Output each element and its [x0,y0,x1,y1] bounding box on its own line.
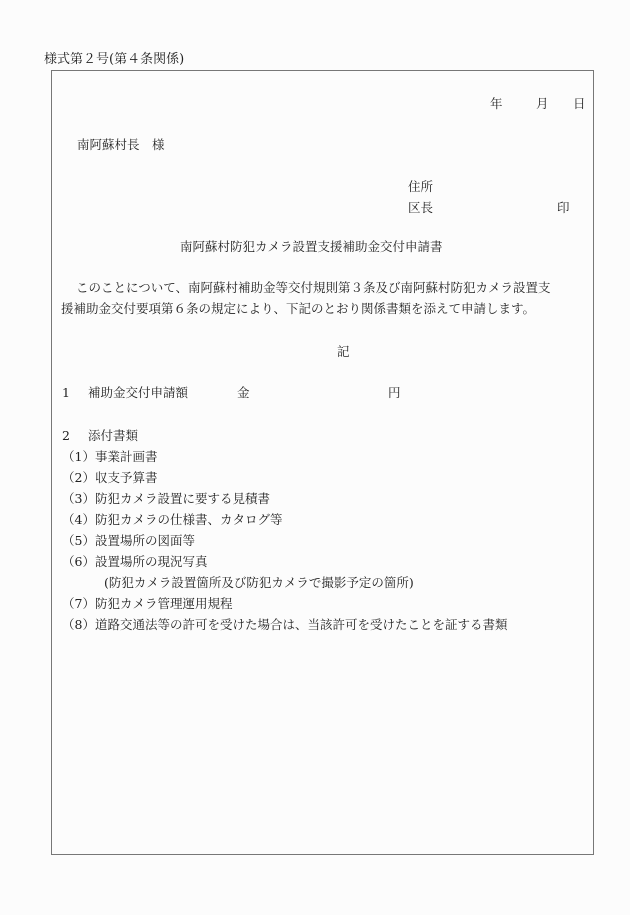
item-2-label: 添付書類 [88,430,138,443]
item-2-number: 2 [62,430,70,443]
amount-unit: 円 [388,387,401,400]
attachment-item: （5）設置場所の図面等 [62,535,195,548]
address-label: 住所 [408,181,433,194]
attachment-item: （2）収支予算書 [62,472,157,485]
body-text-line-2: 援補助金交付要項第６条の規定により、下記のとおり関係書類を添えて申請します。 [61,303,535,316]
attachment-item: （6）設置場所の現況写真 [62,556,207,569]
date-year-label: 年 [490,98,503,111]
attachment-6-note: (防犯カメラ設置箇所及び防犯カメラで撮影予定の箇所) [104,577,414,590]
body-text-line-1: このことについて、南阿蘇村補助金等交付規則第３条及び南阿蘇村防犯カメラ設置支 [76,282,551,295]
document-title: 南阿蘇村防犯カメラ設置支援補助金交付申請書 [180,241,443,254]
seal-mark: 印 [557,202,570,215]
amount-prefix: 金 [237,387,250,400]
date-day-label: 日 [573,98,586,111]
attachment-item: （8）道路交通法等の許可を受けた場合は、当該許可を受けたことを証する書類 [62,619,507,632]
item-1-number: 1 [62,387,70,400]
representative-label: 区長 [408,202,433,215]
attachment-item: （3）防犯カメラ設置に要する見積書 [62,493,270,506]
attachment-item: （7）防犯カメラ管理運用規程 [62,598,232,611]
attachment-item: （4）防犯カメラの仕様書、カタログ等 [62,514,282,527]
ki-heading: 記 [337,346,350,359]
addressee: 南阿蘇村長 様 [77,139,165,152]
item-1-label: 補助金交付申請額 [88,387,188,400]
date-month-label: 月 [536,98,549,111]
attachment-item: （1）事業計画書 [62,451,157,464]
form-number-label: 様式第２号(第４条関係) [44,53,184,66]
